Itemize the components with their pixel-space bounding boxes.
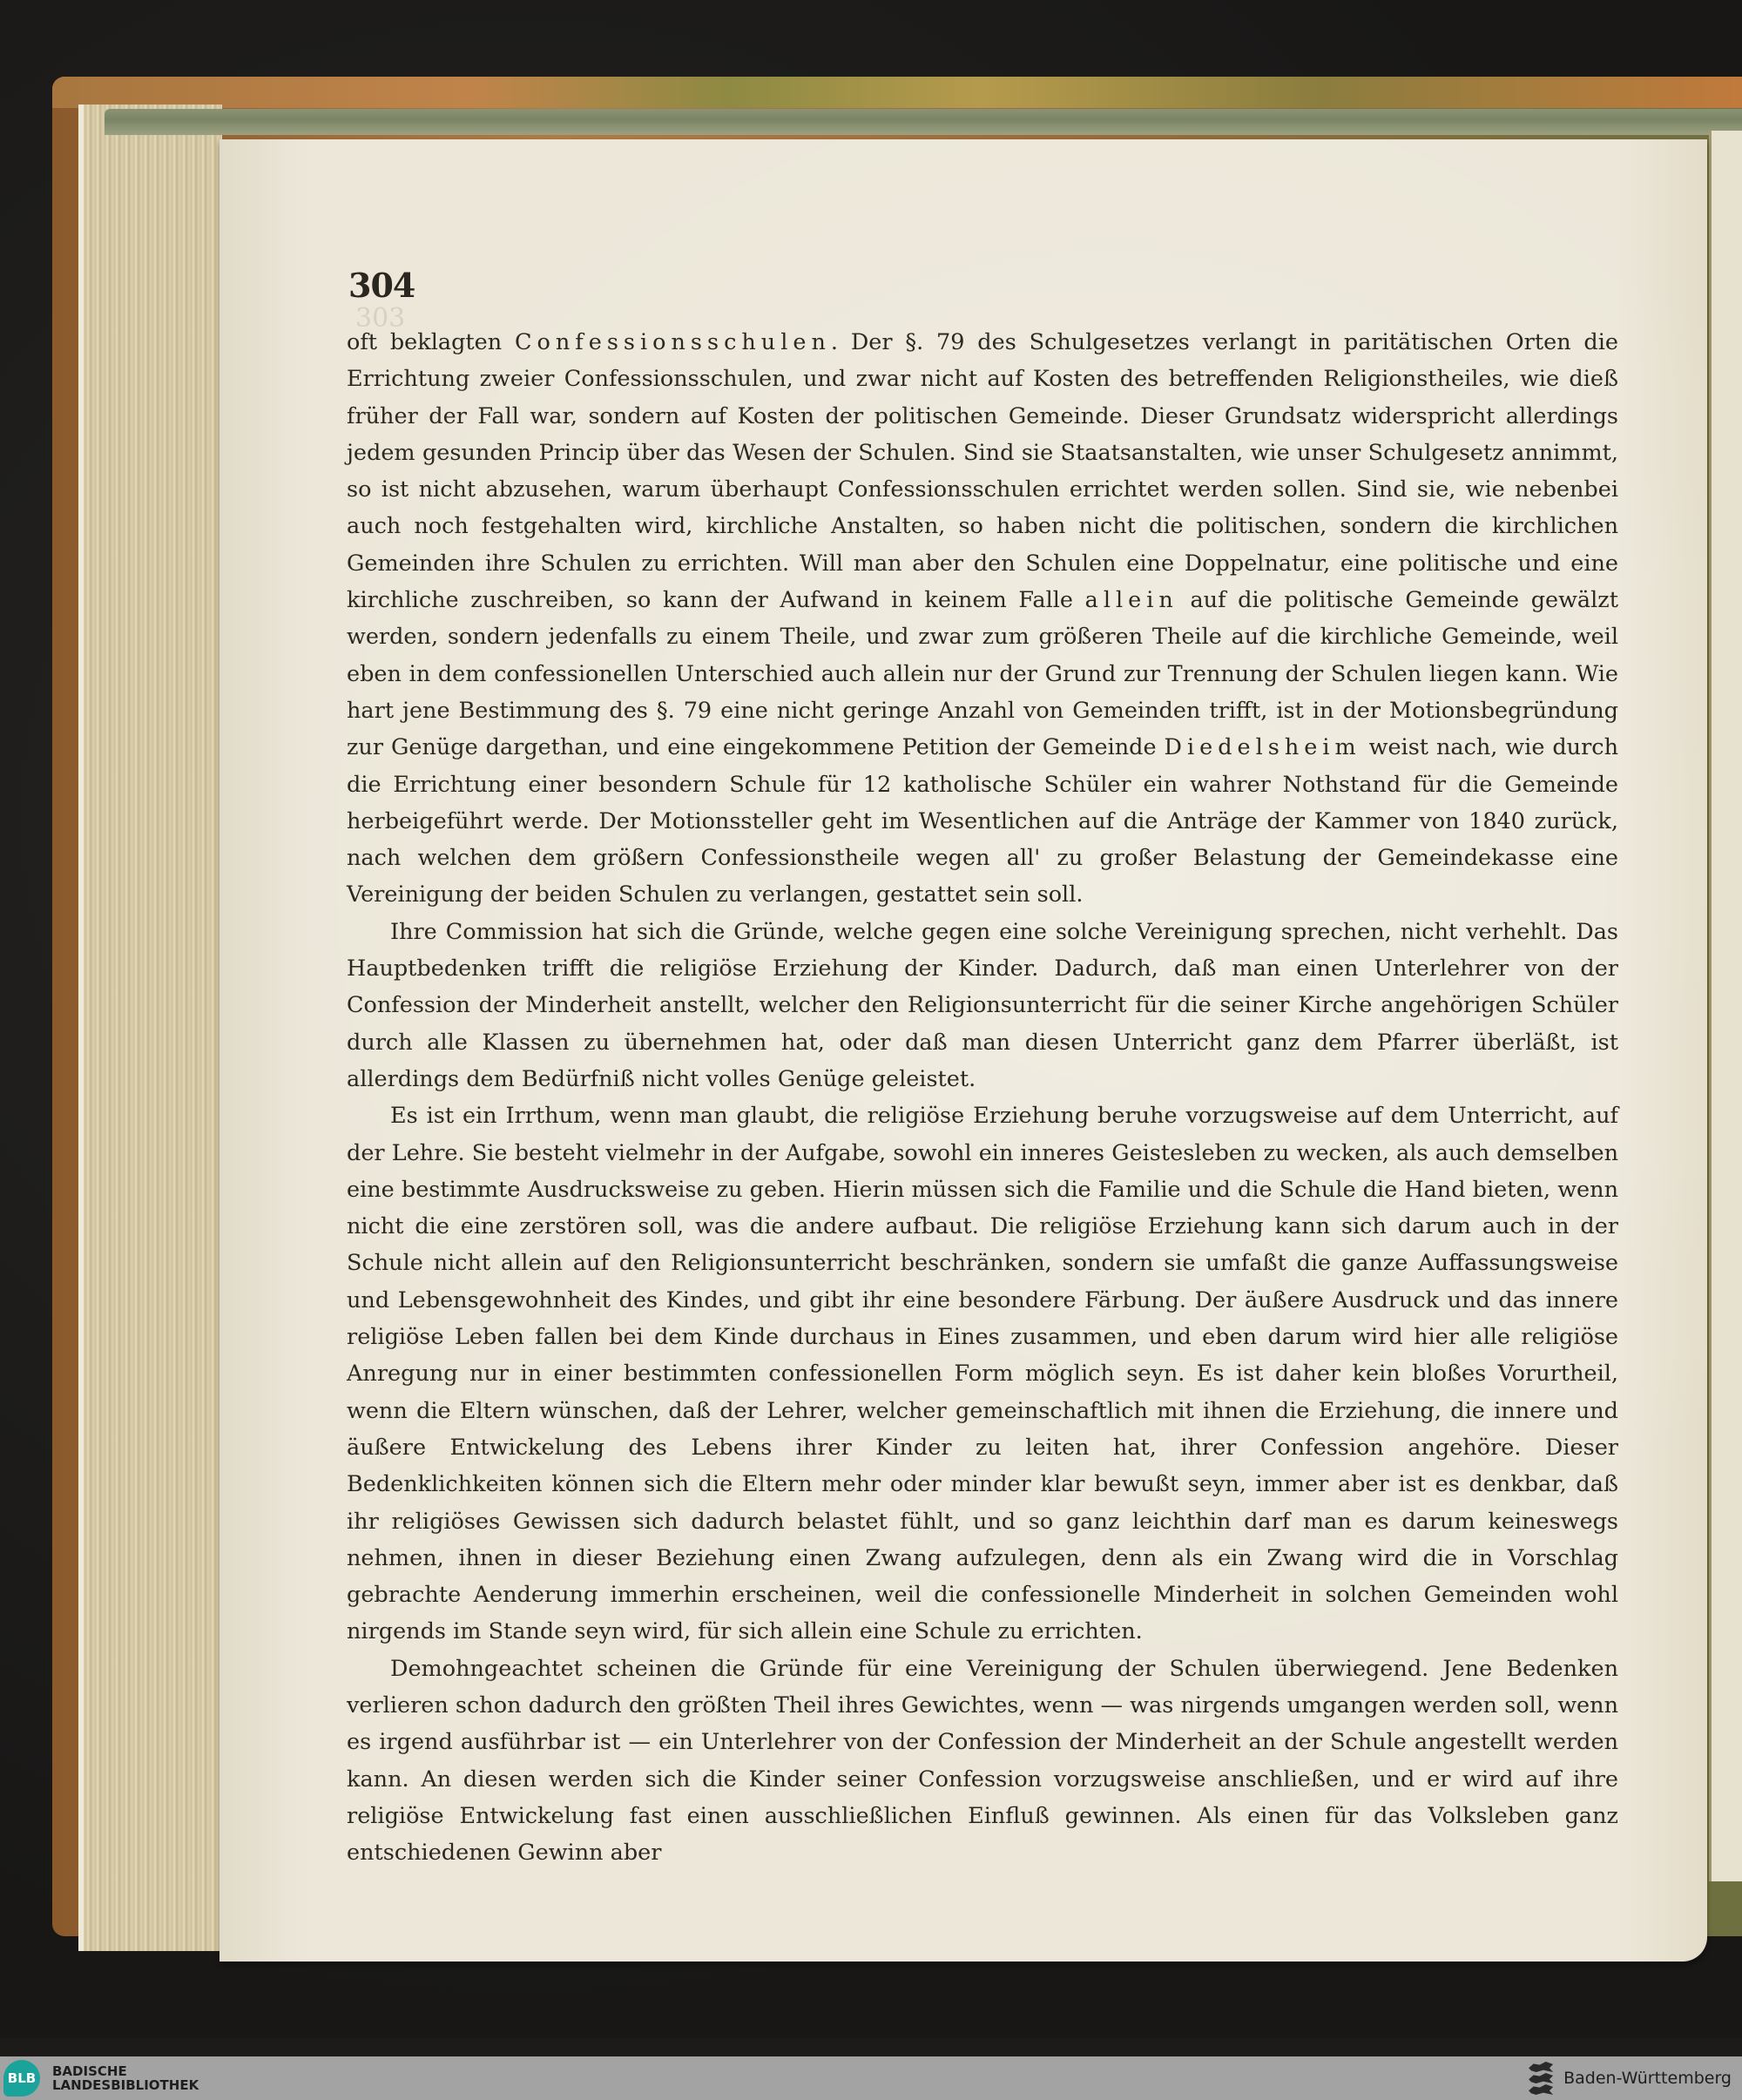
footer-bar: BLB BADISCHE LANDESBIBLIOTHEK Baden-Würt… xyxy=(0,2056,1742,2100)
state-logo[interactable]: Baden-Württemberg xyxy=(1529,2062,1732,2095)
state-name: Baden-Württemberg xyxy=(1563,2069,1732,2088)
emphasized-text: Confessionsschulen xyxy=(515,329,831,355)
three-lions-icon xyxy=(1529,2062,1553,2095)
page-body-text: oft beklagten Confessionsschulen. Der §.… xyxy=(347,324,1618,1871)
scan-viewer: 304 303 oft beklagten Confessionsschulen… xyxy=(0,0,1742,2038)
paragraph: oft beklagten Confessionsschulen. Der §.… xyxy=(347,324,1618,914)
facing-page-edge xyxy=(1709,131,1742,1881)
page-stack-top-edge xyxy=(105,109,1742,135)
library-logo[interactable]: BLB BADISCHE LANDESBIBLIOTHEK xyxy=(3,2060,199,2097)
blb-badge-icon: BLB xyxy=(3,2060,40,2097)
emphasized-text: Diedelsheim xyxy=(1165,734,1361,760)
text-segment: . Der §. 79 des Schulgesetzes verlangt i… xyxy=(347,329,1618,613)
paragraph: Es ist ein Irrthum, wenn man glaubt, die… xyxy=(347,1097,1618,1650)
library-name-line2: LANDESBIBLIOTHEK xyxy=(52,2078,199,2092)
paragraph: Demohngeachtet scheinen die Gründe für e… xyxy=(347,1651,1618,1872)
library-name-line1: BADISCHE xyxy=(52,2064,199,2078)
book-cover-top-edge xyxy=(52,77,1742,108)
text-segment: Ihre Commission hat sich die Gründe, wel… xyxy=(347,919,1618,1092)
emphasized-text: allein xyxy=(1085,587,1178,613)
text-segment: oft beklagten xyxy=(347,329,515,355)
page-number: 304 xyxy=(348,266,415,305)
library-name: BADISCHE LANDESBIBLIOTHEK xyxy=(52,2064,199,2092)
text-segment: Demohngeachtet scheinen die Gründe für e… xyxy=(347,1656,1618,1866)
page-stack-edge xyxy=(78,105,222,1951)
paragraph: Ihre Commission hat sich die Gründe, wel… xyxy=(347,914,1618,1097)
text-segment: Es ist ein Irrthum, wenn man glaubt, die… xyxy=(347,1103,1618,1644)
